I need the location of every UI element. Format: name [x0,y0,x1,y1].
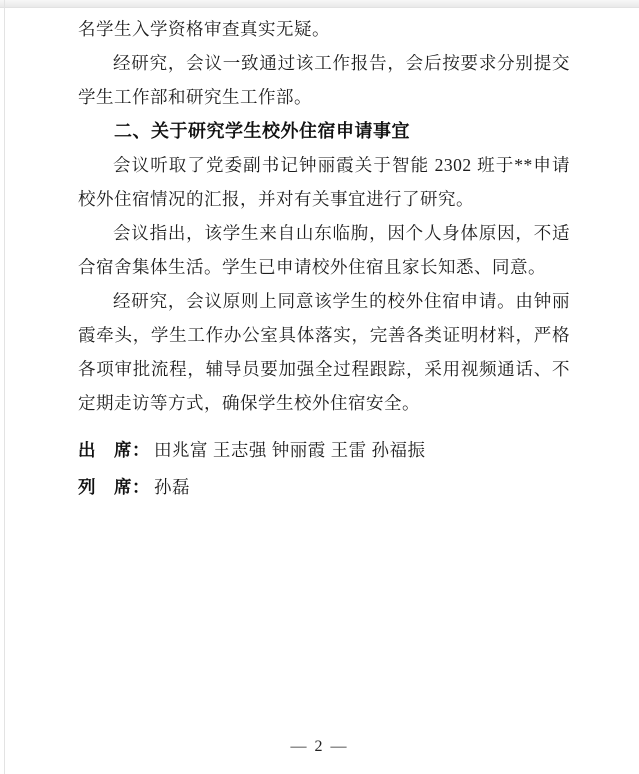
paragraph-decision: 经研究，会议原则上同意该学生的校外住宿申请。由钟丽霞牵头，学生工作办公室具体落实… [78,284,570,420]
page-number: — 2 — [0,738,639,756]
present-names: 田兆富 王志强 钟丽霞 王雷 孙福振 [154,440,426,460]
paragraph-continuation: 名学生入学资格审查真实无疑。 [78,12,570,46]
paragraph-report-approval: 经研究，会议一致通过该工作报告，会后按要求分别提交学生工作部和研究生工作部。 [78,46,570,114]
observer-label: 列 席： [78,477,150,497]
section-heading-item2: 二、关于研究学生校外住宿申请事宜 [78,114,570,148]
page-top-edge [0,0,639,8]
paragraph-listened-report: 会议听取了党委副书记钟丽霞关于智能 2302 班于**申请校外住宿情况的汇报，并… [78,148,570,216]
document-body: 名学生入学资格审查真实无疑。 经研究，会议一致通过该工作报告，会后按要求分别提交… [78,12,570,506]
attendees-section: 出 席：田兆富 王志强 钟丽霞 王雷 孙福振 列 席：孙磊 [78,432,570,506]
page-left-edge-line [4,0,5,774]
paragraph-student-situation: 会议指出，该学生来自山东临朐，因个人身体原因，不适合宿舍集体生活。学生已申请校外… [78,216,570,284]
attendees-observer-line: 列 席：孙磊 [78,469,570,506]
present-label: 出 席： [78,440,150,460]
observer-names: 孙磊 [154,477,190,497]
attendees-present-line: 出 席：田兆富 王志强 钟丽霞 王雷 孙福振 [78,432,570,469]
